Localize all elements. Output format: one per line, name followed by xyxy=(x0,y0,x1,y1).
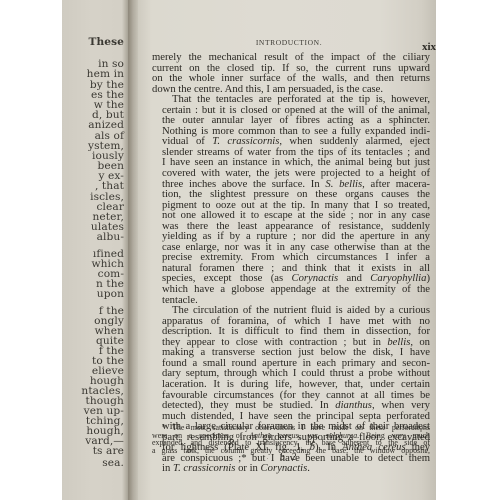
text-run: species, except those (as xyxy=(162,273,291,284)
text-run: yielding as if by a rupture ; nor did th… xyxy=(162,231,430,242)
text-run: case enlarge, nor was it in any case oth… xyxy=(162,242,430,253)
left-page-line: upon xyxy=(97,288,124,300)
italic-term: dianthus xyxy=(335,400,372,411)
signature-mark: b 2 xyxy=(142,452,436,463)
italic-term: S. bellis xyxy=(325,179,362,190)
right-page: INTRODUCTION. xix merely the mechanical … xyxy=(142,0,436,500)
text-run: precise extremity. From which circumstan… xyxy=(162,252,430,263)
left-page-fragment: Thesein sohem inby thees thew thed, buta… xyxy=(62,0,128,500)
text-run: detected), they must be studied. In xyxy=(162,400,335,411)
text-run: slender streams of water from the tips o… xyxy=(162,147,430,158)
text-run: not one allowed it to escape at the side… xyxy=(162,210,430,221)
text-run: making a transverse section just below t… xyxy=(162,347,430,358)
text-run: dary septum, through which I could thrus… xyxy=(162,368,430,379)
text-run: which have a globose appendage at the ex… xyxy=(162,284,430,295)
text-run: found a small round aperture in each pri… xyxy=(162,358,430,369)
paper-speck xyxy=(420,430,422,432)
text-run: pigment to ooze out at the tip. In many … xyxy=(162,200,430,211)
italic-term: T. crassicornis xyxy=(212,136,279,147)
italic-term: bellis xyxy=(387,337,410,348)
text-run: . xyxy=(307,463,310,474)
book-gutter xyxy=(128,0,138,500)
text-run: , when suddenly alarmed, eject xyxy=(279,136,430,147)
text-run: tentacle. xyxy=(162,295,198,306)
italic-term: Corynactis xyxy=(291,273,338,284)
left-page-line: These xyxy=(88,36,124,48)
italic-term: Corynactis xyxy=(261,463,308,474)
text-run: in xyxy=(162,463,173,474)
italic-term: Caryophyllia xyxy=(370,273,426,284)
left-page-line: ts are xyxy=(93,445,124,457)
text-run: much distended, I have seen the principa… xyxy=(162,411,430,422)
text-run: That the tentacles are perforated at the… xyxy=(172,94,430,105)
text-run: down the centre. And this, I am persuade… xyxy=(152,84,383,95)
text-run: covered with water, the jets were projec… xyxy=(162,168,430,179)
text-run: merely the mechanical result of the impa… xyxy=(152,52,430,63)
text-run: tion, the slightest pressure on these or… xyxy=(162,189,430,200)
book-photo: Thesein sohem inby thees thew thed, buta… xyxy=(62,0,436,500)
paper-speck xyxy=(186,138,188,140)
text-run: certain : but it is closed or opened at … xyxy=(162,105,430,116)
text-run: , when very xyxy=(372,400,430,411)
italic-term: T. crassicornis xyxy=(173,463,235,474)
text-run: favourable circumstances (for they canno… xyxy=(162,390,430,401)
text-run: current on the closed tip. If so, the cu… xyxy=(152,63,430,74)
paper-speck xyxy=(267,458,268,459)
paragraph: merely the mechanical result of the impa… xyxy=(152,53,430,95)
text-run: laceration. It is during life, however, … xyxy=(162,379,430,390)
left-page-line: sea. xyxy=(102,457,124,469)
text-run: three inches above the surface. In xyxy=(162,179,325,190)
text-run: and xyxy=(338,273,370,284)
body-text: merely the mechanical result of the impa… xyxy=(152,53,430,475)
text-run: the outer annular layer of fibres acting… xyxy=(162,115,430,126)
text-run: natural foramen there ; and think that i… xyxy=(162,263,430,274)
text-run: apparatus of foramina, of which I have m… xyxy=(162,316,430,327)
text-run: on the whole inner surface of the walls,… xyxy=(152,73,430,84)
paragraph: That the tentacles are perforated at the… xyxy=(152,95,430,306)
signature-mark-text: b 2 xyxy=(280,452,299,463)
text-line: in T. crassicornis or in Corynactis. xyxy=(152,464,430,475)
footnote: * The most satisfactory observations I h… xyxy=(152,424,430,455)
text-run: or in xyxy=(235,463,260,474)
text-run: ) xyxy=(426,273,430,284)
text-run: , on xyxy=(410,337,430,348)
running-head: INTRODUCTION. xyxy=(142,38,436,47)
text-run: they appear to close with contraction ; … xyxy=(162,337,387,348)
text-run: The circulation of the nutrient fluid is… xyxy=(172,305,430,316)
text-run: Nothing is more common than to see a ful… xyxy=(162,126,430,137)
text-run: I have seen an instance in which, the an… xyxy=(162,157,430,168)
text-run: was there the least appearance of resist… xyxy=(162,221,430,232)
text-run: description. It is difficult to find the… xyxy=(162,326,430,337)
left-page-line: albu- xyxy=(97,231,124,243)
text-run: , after macera- xyxy=(362,179,430,190)
